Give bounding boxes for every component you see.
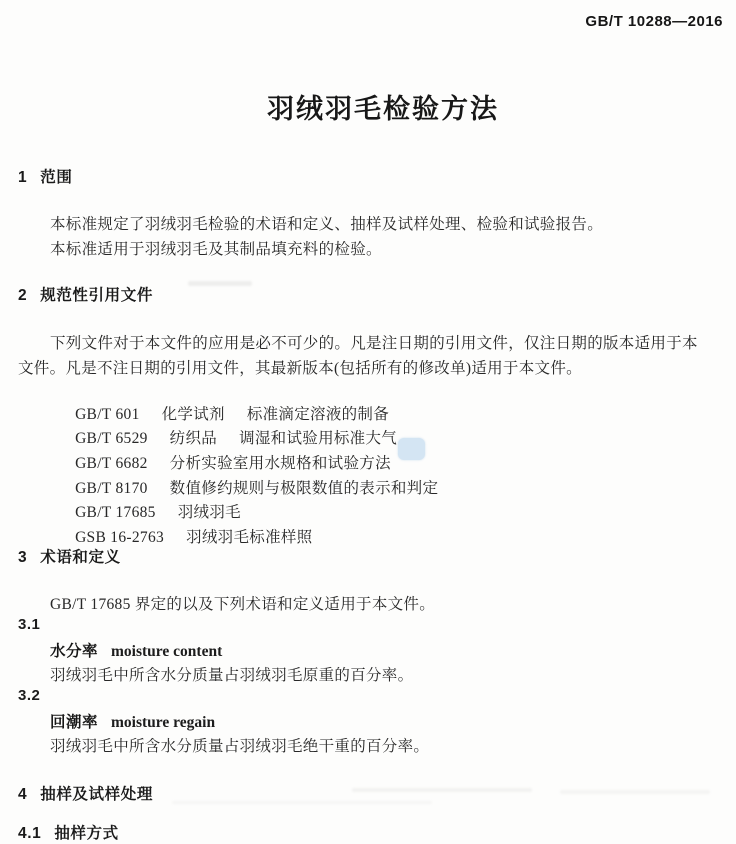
section-number: 4.1 — [18, 825, 41, 842]
term-en: moisture regain — [111, 714, 215, 731]
reference-code: GB/T 6529 — [75, 430, 148, 447]
section-number: 3 — [18, 549, 27, 566]
term-en: moisture content — [111, 643, 222, 660]
reference-category: 化学试剂 — [162, 406, 225, 423]
term-zh: 回潮率 — [50, 714, 98, 731]
terms-intro: GB/T 17685 界定的以及下列术语和定义适用于本文件。 — [18, 592, 710, 617]
reference-title: 数值修约规则与极限数值的表示和判定 — [170, 480, 439, 497]
section-title: 抽样方式 — [54, 825, 118, 842]
reference-title: 分析实验室用水规格和试验方法 — [170, 455, 391, 472]
section-2-heading: 2规范性引用文件 — [18, 283, 153, 305]
section-4-1-heading: 4.1抽样方式 — [18, 821, 119, 843]
reference-title: 调湿和试验用标准大气 — [239, 430, 397, 447]
document-title: 羽绒羽毛检验方法 — [0, 87, 736, 126]
section-title: 术语和定义 — [40, 549, 121, 566]
scan-smudge — [352, 788, 532, 792]
references-intro: 下列文件对于本文件的应用是必不可少的。凡是注日期的引用文件，仅注日期的版本适用于… — [18, 331, 710, 381]
section-4-heading: 4抽样及试样处理 — [18, 782, 153, 804]
section-number: 2 — [18, 287, 27, 304]
scan-smudge — [560, 790, 710, 794]
reference-code: GB/T 601 — [75, 406, 140, 423]
term-definition-3-2: 羽绒羽毛中所含水分质量占羽绒羽毛绝干重的百分率。 — [50, 734, 429, 756]
term-number-3-2: 3.2 — [18, 687, 40, 704]
scan-smudge — [172, 801, 432, 804]
term-definition-3-1: 羽绒羽毛中所含水分质量占羽绒羽毛原重的百分率。 — [50, 663, 413, 685]
section-title: 抽样及试样处理 — [40, 786, 153, 803]
section-title: 范围 — [40, 169, 72, 186]
scope-paragraph-2: 本标准适用于羽绒羽毛及其制品填充料的检验。 — [18, 237, 710, 262]
scan-smudge — [188, 281, 252, 286]
term-number-3-1: 3.1 — [18, 616, 40, 633]
reference-item: GB/T 601化学试剂标准滴定溶液的制备 — [50, 378, 460, 403]
reference-category: 纺织品 — [170, 430, 217, 447]
scope-paragraph-1: 本标准规定了羽绒羽毛检验的术语和定义、抽样及试样处理、检验和试验报告。 — [18, 212, 710, 237]
section-1-heading: 1范围 — [18, 165, 72, 187]
term-entry-3-2: 回潮率moisture regain — [50, 710, 215, 732]
term-zh: 水分率 — [50, 643, 98, 660]
reference-title: 羽绒羽毛 — [178, 504, 241, 521]
reference-code: GB/T 17685 — [75, 504, 156, 521]
reference-title: 羽绒羽毛标准样照 — [186, 529, 312, 546]
term-entry-3-1: 水分率moisture content — [50, 639, 222, 661]
reference-code: GSB 16-2763 — [75, 529, 164, 546]
reference-code: GB/T 6682 — [75, 455, 148, 472]
normative-references-list: GB/T 601化学试剂标准滴定溶液的制备 GB/T 6529纺织品调湿和试验用… — [50, 378, 460, 526]
section-3-heading: 3术语和定义 — [18, 545, 121, 567]
standard-number: GB/T 10288—2016 — [585, 13, 723, 30]
section-title: 规范性引用文件 — [40, 287, 153, 304]
reference-title: 标准滴定溶液的制备 — [247, 406, 389, 423]
section-number: 1 — [18, 169, 27, 186]
section-number: 4 — [18, 786, 27, 803]
reference-code: GB/T 8170 — [75, 480, 148, 497]
document-page: GB/T 10288—2016 羽绒羽毛检验方法 1范围 本标准规定了羽绒羽毛检… — [0, 0, 736, 844]
